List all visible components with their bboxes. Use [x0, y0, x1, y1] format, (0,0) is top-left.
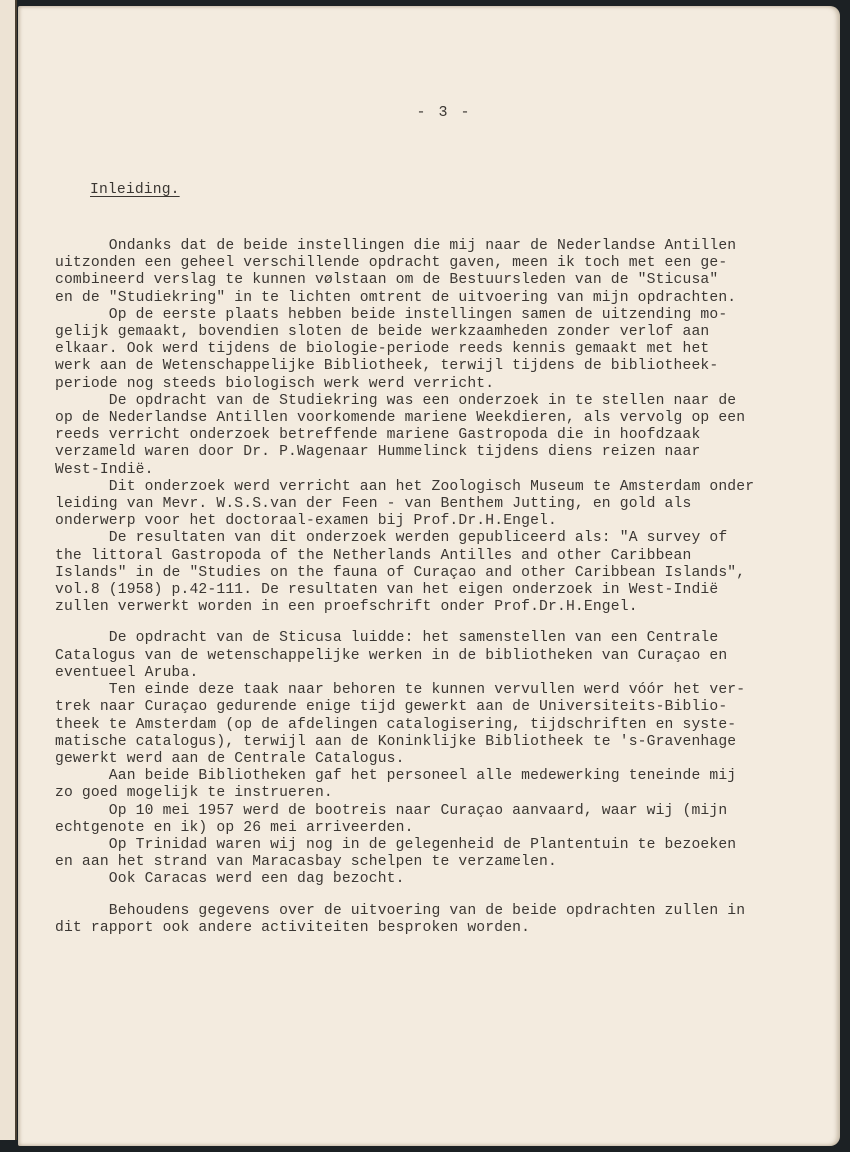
text-line: periode nog steeds biologisch werk werd …	[55, 376, 795, 393]
section-heading: Inleiding.	[90, 182, 795, 199]
scanned-document: - 3 - Inleiding. Ondanks dat de beide in…	[0, 0, 850, 1152]
text-line: en aan het strand van Maracasbay schelpe…	[55, 854, 795, 871]
text-line: leiding van Mevr. W.S.S.van der Feen - v…	[55, 496, 795, 513]
paragraphs: Ondanks dat de beide instellingen die mi…	[55, 238, 795, 937]
text-line: West-Indië.	[55, 462, 795, 479]
body-text: Inleiding. Ondanks dat de beide instelli…	[55, 148, 795, 971]
text-line: De opdracht van de Sticusa luidde: het s…	[55, 630, 795, 647]
text-line: onderwerp voor het doctoraal-examen bij …	[55, 513, 795, 530]
text-line: en de "Studiekring" in te lichten omtren…	[55, 290, 795, 307]
paragraph: Ten einde deze taak naar behoren te kunn…	[55, 682, 795, 768]
paragraph: Dit onderzoek werd verricht aan het Zool…	[55, 479, 795, 531]
text-line: matische catalogus), terwijl aan de Koni…	[55, 734, 795, 751]
text-line: theek te Amsterdam (op de afdelingen cat…	[55, 717, 795, 734]
document-page: - 3 - Inleiding. Ondanks dat de beide in…	[18, 6, 840, 1146]
text-line: combineerd verslag te kunnen vølstaan om…	[55, 272, 795, 289]
text-line: Catalogus van de wetenschappelijke werke…	[55, 648, 795, 665]
paragraph: Behoudens gegevens over de uitvoering va…	[55, 903, 795, 937]
text-line: op de Nederlandse Antillen voorkomende m…	[55, 410, 795, 427]
paragraph: Op 10 mei 1957 werd de bootreis naar Cur…	[55, 803, 795, 837]
text-line: werk aan de Wetenschappelijke Bibliothee…	[55, 358, 795, 375]
text-line: vol.8 (1958) p.42-111. De resultaten van…	[55, 582, 795, 599]
paragraph: Op de eerste plaats hebben beide instell…	[55, 307, 795, 393]
paragraph: Op Trinidad waren wij nog in de gelegenh…	[55, 837, 795, 871]
text-line: elkaar. Ook werd tijdens de biologie-per…	[55, 341, 795, 358]
paragraph: Ondanks dat de beide instellingen die mi…	[55, 238, 795, 307]
text-line: Ten einde deze taak naar behoren te kunn…	[55, 682, 795, 699]
text-line: Op de eerste plaats hebben beide instell…	[55, 307, 795, 324]
paragraph: De opdracht van de Studiekring was een o…	[55, 393, 795, 479]
previous-page-edge	[0, 0, 17, 1140]
text-line: dit rapport ook andere activiteiten besp…	[55, 920, 795, 937]
text-line: uitzonden een geheel verschillende opdra…	[55, 255, 795, 272]
text-line: verzameld waren door Dr. P.Wagenaar Humm…	[55, 444, 795, 461]
text-line: Op Trinidad waren wij nog in de gelegenh…	[55, 837, 795, 854]
text-line: zo goed mogelijk te instrueren.	[55, 785, 795, 802]
text-line: Ook Caracas werd een dag bezocht.	[55, 871, 795, 888]
page-number: - 3 -	[18, 104, 840, 121]
paragraph: De resultaten van dit onderzoek werden g…	[55, 530, 795, 616]
text-line: Ondanks dat de beide instellingen die mi…	[55, 238, 795, 255]
text-line: eventueel Aruba.	[55, 665, 795, 682]
paragraph: Ook Caracas werd een dag bezocht.	[55, 871, 795, 888]
text-line: Islands" in de "Studies on the fauna of …	[55, 565, 795, 582]
text-line: zullen verwerkt worden in een proefschri…	[55, 599, 795, 616]
text-line: trek naar Curaçao gedurende enige tijd g…	[55, 699, 795, 716]
text-line: reeds verricht onderzoek betreffende mar…	[55, 427, 795, 444]
text-line: Aan beide Bibliotheken gaf het personeel…	[55, 768, 795, 785]
text-line: gewerkt werd aan de Centrale Catalogus.	[55, 751, 795, 768]
text-line: the littoral Gastropoda of the Netherlan…	[55, 548, 795, 565]
text-line: echtgenote en ik) op 26 mei arriveerden.	[55, 820, 795, 837]
text-line: Dit onderzoek werd verricht aan het Zool…	[55, 479, 795, 496]
text-line: gelijk gemaakt, bovendien sloten de beid…	[55, 324, 795, 341]
text-line: De opdracht van de Studiekring was een o…	[55, 393, 795, 410]
paragraph: De opdracht van de Sticusa luidde: het s…	[55, 630, 795, 682]
text-line: Op 10 mei 1957 werd de bootreis naar Cur…	[55, 803, 795, 820]
text-line: De resultaten van dit onderzoek werden g…	[55, 530, 795, 547]
paragraph: Aan beide Bibliotheken gaf het personeel…	[55, 768, 795, 802]
text-line: Behoudens gegevens over de uitvoering va…	[55, 903, 795, 920]
